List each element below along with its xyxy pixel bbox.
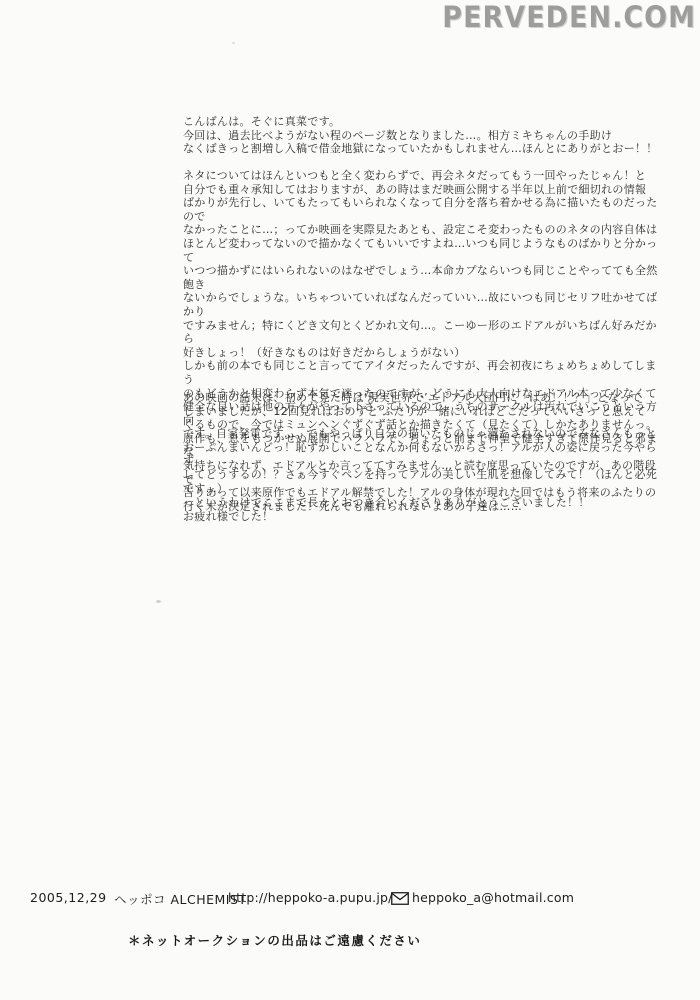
- circle-name: ヘッポコ ALCHEMIST: [114, 890, 247, 908]
- website-url: http://heppoko-a.pupu.jp/: [228, 890, 393, 905]
- colophon: 2005,12,29 ヘッポコ ALCHEMIST http://heppoko…: [0, 888, 700, 908]
- auction-notice: ＊ネットオークションの出品はご遠慮ください: [128, 931, 421, 949]
- afterword-movie-paragraph: あの映画の結末は、初めて見た時は‘現実世界で’エドアル大団円に「はあ！！？」とな…: [183, 391, 663, 513]
- email-address: heppoko_a@hotmail.com: [412, 890, 574, 905]
- afterword-closing-paragraph: っというわけでここまで長々とおつき合いくださりありがとうございました！！ お疲れ…: [183, 496, 663, 523]
- publication-date: 2005,12,29: [30, 890, 107, 905]
- scan-speck: [232, 42, 235, 44]
- scanned-page: PERVEDEN.COM こんばんは。そぐに真菜です。 今回は、過去比べようがな…: [0, 0, 700, 1000]
- watermark-perveden: PERVEDEN.COM: [442, 1, 696, 34]
- envelope-icon: [391, 892, 409, 905]
- scan-speck: [156, 600, 161, 603]
- afterword-greeting-paragraph: こんばんは。そぐに真菜です。 今回は、過去比べようがない程のページ数となりました…: [183, 115, 663, 156]
